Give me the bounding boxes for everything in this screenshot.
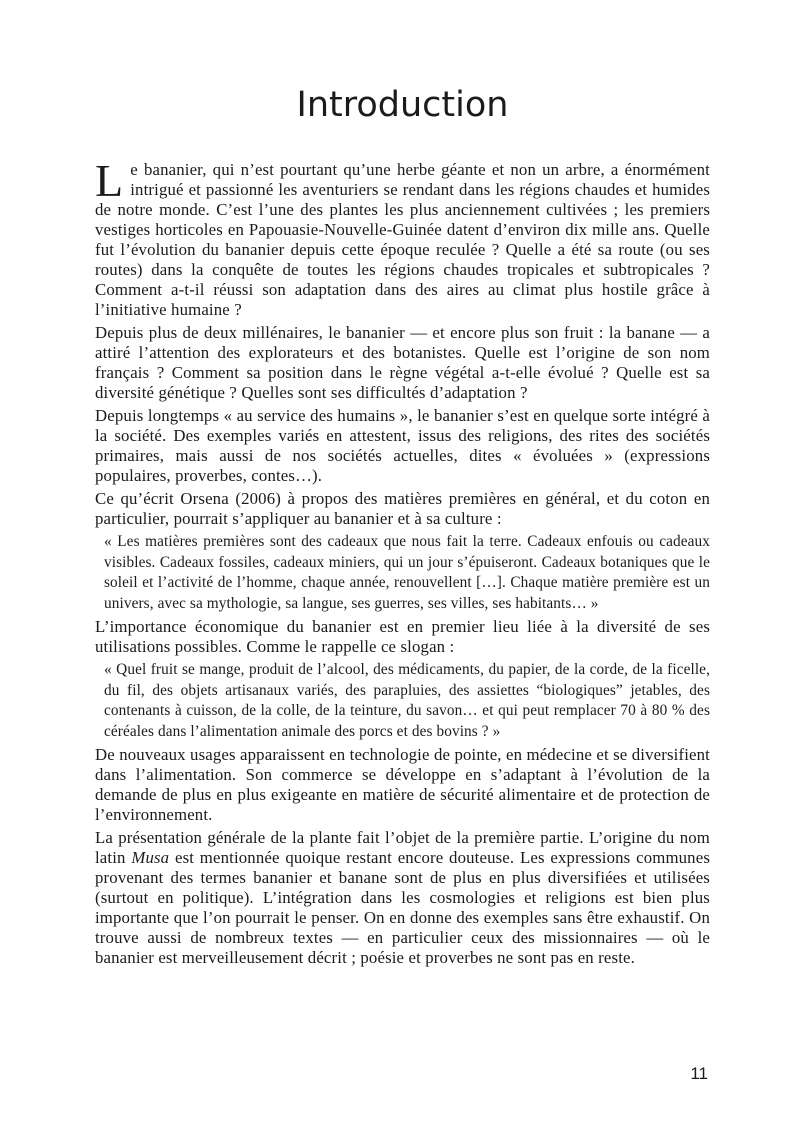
book-page: Introduction Le bananier, qui n’est pour… xyxy=(0,0,800,1129)
paragraph-service-humains: Depuis longtemps « au service des humain… xyxy=(95,406,710,486)
blockquote-slogan: « Quel fruit se mange, produit de l’alco… xyxy=(104,660,710,742)
paragraph-importance-economique: L’importance économique du bananier est … xyxy=(95,617,710,657)
paragraph-nouveaux-usages: De nouveaux usages apparaissent en techn… xyxy=(95,745,710,825)
chapter-title: Introduction xyxy=(95,84,710,126)
paragraph-millenaires: Depuis plus de deux millénaires, le bana… xyxy=(95,323,710,403)
page-number: 11 xyxy=(690,1064,708,1084)
latin-name-musa: Musa xyxy=(131,848,169,867)
paragraph-text: est mentionnée quoique restant encore do… xyxy=(95,848,710,967)
paragraph-text: e bananier, qui n’est pourtant qu’une he… xyxy=(95,160,710,319)
paragraph-presentation-generale: La présentation générale de la plante fa… xyxy=(95,828,710,968)
drop-cap-letter: L xyxy=(95,160,130,199)
paragraph-orsena-lead: Ce qu’écrit Orsena (2006) à propos des m… xyxy=(95,489,710,529)
paragraph-intro: Le bananier, qui n’est pourtant qu’une h… xyxy=(95,160,710,320)
page-content: Introduction Le bananier, qui n’est pour… xyxy=(95,84,710,971)
blockquote-matieres-premieres: « Les matières premières sont des cadeau… xyxy=(104,532,710,614)
